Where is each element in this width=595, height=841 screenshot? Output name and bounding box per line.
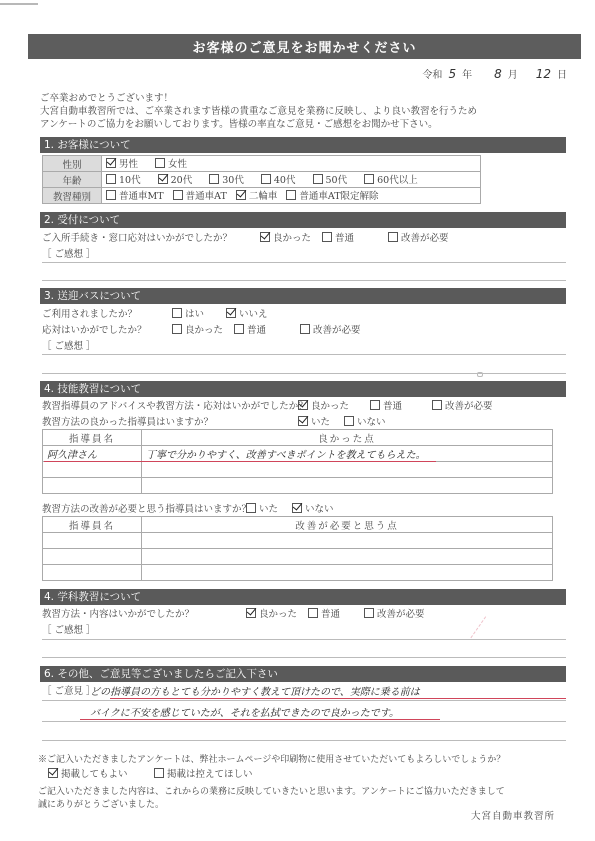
reception-improve-checkbox[interactable]: 改善が必要 [388, 230, 449, 244]
checkbox-icon [261, 174, 271, 184]
bus-comment-label: ［ ご感想 ］ [42, 337, 96, 353]
age-30s-checkbox[interactable]: 30代 [209, 172, 244, 186]
option-label: 二輪車 [249, 188, 278, 202]
publish-decline-checkbox[interactable]: 掲載は控えてほしい [154, 766, 253, 780]
checkbox-icon [344, 416, 354, 426]
option-label: 良かった [273, 230, 311, 244]
course-type-label: 教習種別 [43, 188, 102, 204]
classroom-question: 教習方法・内容はいかがでしたか？ [42, 606, 246, 620]
publish-question: ※ご記入いただきましたアンケートは、弊社ホームページや印刷物に使用させていただい… [38, 750, 505, 766]
red-underline [44, 461, 436, 462]
date-month[interactable]: 8 [494, 67, 502, 81]
month-unit: 月 [508, 66, 518, 81]
bus-no-checkbox[interactable]: いいえ [226, 306, 268, 320]
date-year[interactable]: 5 [448, 67, 456, 81]
option-label: 普通 [321, 606, 340, 620]
date-day[interactable]: 12 [536, 67, 551, 81]
scan-speck [477, 372, 483, 377]
option-label: 男性 [119, 156, 138, 170]
good-points-cell[interactable] [142, 462, 553, 478]
checkbox-icon [172, 308, 182, 318]
date-row: 令和 5 年 8 月 12 日 [422, 66, 567, 81]
course-mt-checkbox[interactable]: 普通車MT [106, 188, 164, 202]
reception-normal-checkbox[interactable]: 普通 [322, 230, 388, 244]
bus-comment-line-1[interactable] [42, 354, 566, 355]
checkbox-icon [300, 324, 310, 334]
other-comment-rule-1 [42, 700, 566, 701]
gender-label: 性別 [43, 156, 102, 172]
option-label: 改善が必要 [401, 230, 449, 244]
option-label: 改善が必要 [445, 398, 493, 412]
instructor-name-cell[interactable]: 阿久津さん [43, 446, 142, 462]
option-label: いた [311, 414, 330, 428]
improve-instructor-row: 教習方法の改善が必要と思う指導員はいますか？ いた いない [42, 500, 334, 516]
section-header-shuttle-bus: 3. 送迎バスについて [40, 288, 566, 304]
intro-line-1: ご卒業おめでとうございます！ [40, 92, 580, 105]
reception-comment-line-1[interactable] [42, 262, 566, 263]
scan-artifact [0, 3, 38, 5]
page-title: お客様のご意見をお聞かせください [28, 34, 581, 59]
classroom-improve-checkbox[interactable]: 改善が必要 [364, 606, 425, 620]
other-comment-label: ［ ご意見 ］ [42, 683, 90, 697]
checkbox-icon [286, 190, 296, 200]
checkbox-icon [234, 324, 244, 334]
option-label: 良かった [185, 322, 223, 336]
improve-points-cell[interactable] [142, 565, 553, 581]
day-unit: 日 [557, 66, 567, 81]
table-row [43, 565, 553, 581]
option-label: いいえ [239, 306, 268, 320]
checkbox-icon [308, 608, 318, 618]
instructor-name-cell[interactable] [43, 549, 142, 565]
col-header-improve-points: 改善が必要と思う点 [142, 517, 553, 533]
checkbox-checked-icon [298, 400, 308, 410]
checkbox-icon [106, 190, 116, 200]
option-label: 20代 [171, 172, 193, 186]
option-label: 普通 [383, 398, 402, 412]
good-instructor-question: 教習方法の良かった指導員はいますか？ [42, 414, 298, 428]
reception-good-checkbox[interactable]: 良かった [260, 230, 322, 244]
checkbox-checked-icon [106, 158, 116, 168]
course-motorcycle-checkbox[interactable]: 二輪車 [236, 188, 278, 202]
gender-female-checkbox[interactable]: 女性 [155, 156, 187, 170]
improve-instructor-yes-checkbox[interactable]: いた [246, 501, 292, 515]
instructor-advice-question: 教習指導員のアドバイスや教習方法・応対はいかがでしたか？ [42, 398, 298, 412]
bus-good-checkbox[interactable]: 良かった [172, 322, 234, 336]
other-comment-rule-3 [42, 740, 566, 741]
option-label: 10代 [119, 172, 141, 186]
option-label: 改善が必要 [313, 322, 361, 336]
col-header-instructor-name: 指導員名 [43, 517, 142, 533]
checkbox-icon [106, 174, 116, 184]
instructor-advice-row: 教習指導員のアドバイスや教習方法・応対はいかがでしたか？ 良かった 普通 改善が… [42, 397, 493, 413]
good-points-cell[interactable] [142, 478, 553, 494]
age-40s-checkbox[interactable]: 40代 [261, 172, 296, 186]
col-header-good-points: 良かった点 [142, 430, 553, 446]
option-label: はい [185, 306, 204, 320]
option-label: 30代 [222, 172, 244, 186]
improve-points-cell[interactable] [142, 549, 553, 565]
era-label: 令和 [422, 66, 442, 81]
classroom-normal-checkbox[interactable]: 普通 [308, 606, 364, 620]
school-signature: 大宮自動車教習所 [471, 808, 555, 822]
option-label: 改善が必要 [377, 606, 425, 620]
checkbox-icon [364, 608, 374, 618]
closing-line-1: ご記入いただきました内容は、これからの業務に反映していきたいと思います。アンケー… [38, 786, 578, 799]
section-header-customer: 1. お客様について [40, 137, 566, 153]
gender-male-checkbox[interactable]: 男性 [106, 156, 138, 170]
instructor-name-cell[interactable] [43, 533, 142, 549]
section-header-classroom-lessons: 4. 学科教習について [40, 589, 566, 605]
checkbox-icon [322, 232, 332, 242]
checkbox-icon [154, 768, 164, 778]
bus-yes-checkbox[interactable]: はい [172, 306, 226, 320]
age-50s-checkbox[interactable]: 50代 [313, 172, 348, 186]
checkbox-icon [173, 190, 183, 200]
option-label: いない [357, 414, 386, 428]
option-label: 普通 [335, 230, 354, 244]
table-row [43, 462, 553, 478]
course-at-unlock-checkbox[interactable]: 普通車AT限定解除 [286, 188, 378, 202]
classroom-comment-line-2[interactable] [42, 657, 566, 658]
checkbox-icon [172, 324, 182, 334]
improve-points-cell[interactable] [142, 533, 553, 549]
classroom-comment-label: ［ ご感想 ］ [42, 621, 96, 637]
reception-comment-label: ［ ご感想 ］ [42, 245, 96, 261]
reception-comment-line-2[interactable] [42, 280, 566, 281]
other-comment-rule-2 [42, 721, 566, 722]
option-label: 60代以上 [377, 172, 418, 186]
checkbox-icon [209, 174, 219, 184]
improve-instructor-table: 指導員名 改善が必要と思う点 [42, 516, 553, 581]
checkbox-checked-icon [226, 308, 236, 318]
checkbox-checked-icon [158, 174, 168, 184]
intro-line-3: アンケートのご協力をお願いしております。皆様の率直なご意見・ご感想をお聞かせ下さ… [40, 118, 580, 131]
option-label: 普通車MT [119, 188, 164, 202]
intro-text: ご卒業おめでとうございます！ 大宮自動車教習所では、ご卒業されます皆様の貴重なご… [40, 92, 580, 131]
good-instructor-no-checkbox[interactable]: いない [344, 414, 386, 428]
other-comment-row-2: バイクに不安を感じていたが、それを払拭できたので良かったです。 [90, 703, 399, 719]
other-comment-line-1[interactable]: どの指導員の方もとても分かりやすく教えて頂けたので、実際に乗る前は [90, 683, 420, 698]
good-instructor-row: 教習方法の良かった指導員はいますか？ いた いない [42, 413, 386, 429]
year-unit: 年 [462, 66, 472, 81]
publish-options-row: 掲載してもよい 掲載は控えてほしい [48, 765, 253, 781]
age-label: 年齢 [43, 172, 102, 188]
red-underline [110, 698, 566, 699]
table-row [43, 533, 553, 549]
good-instructor-yes-checkbox[interactable]: いた [298, 414, 344, 428]
checkbox-checked-icon [236, 190, 246, 200]
stray-pen-mark [470, 616, 502, 649]
bus-service-row: 応対はいかがでしたか？ 良かった 普通 改善が必要 [42, 321, 361, 337]
reception-question-row: ご入所手続き・窓口応対はいかがでしたか？ 良かった 普通 改善が必要 [42, 229, 449, 245]
good-points-cell[interactable]: 丁寧で分かりやすく、改善すべきポイントを教えてもらえた。 [142, 446, 553, 462]
option-label: いた [259, 501, 278, 515]
bus-usage-row: ご利用されましたか？ はい いいえ [42, 305, 268, 321]
checkbox-icon [246, 503, 256, 513]
option-label: 普通車AT [186, 188, 227, 202]
instructor-name-cell[interactable] [43, 565, 142, 581]
checkbox-checked-icon [48, 768, 58, 778]
checkbox-icon [370, 400, 380, 410]
option-label: 普通車AT限定解除 [299, 188, 378, 202]
option-label: 普通 [247, 322, 266, 336]
table-row [43, 549, 553, 565]
instructor-name-cell[interactable] [43, 462, 142, 478]
classroom-question-row: 教習方法・内容はいかがでしたか？ 良かった 普通 改善が必要 [42, 605, 425, 621]
instructor-name-cell[interactable] [43, 478, 142, 494]
table-row [43, 478, 553, 494]
age-20s-checkbox[interactable]: 20代 [158, 172, 193, 186]
age-10s-checkbox[interactable]: 10代 [106, 172, 141, 186]
option-label: 掲載してもよい [61, 766, 128, 780]
col-header-instructor-name: 指導員名 [43, 430, 142, 446]
instructor-good-checkbox[interactable]: 良かった [298, 398, 370, 412]
bus-usage-question: ご利用されましたか？ [42, 306, 172, 320]
course-at-checkbox[interactable]: 普通車AT [173, 188, 227, 202]
section-header-reception: 2. 受付について [40, 212, 566, 228]
publish-allow-checkbox[interactable]: 掲載してもよい [48, 766, 154, 780]
bus-improve-checkbox[interactable]: 改善が必要 [300, 322, 361, 336]
intro-line-2: 大宮自動車教習所では、ご卒業されます皆様の貴重なご意見を業務に反映し、より良い教… [40, 105, 580, 118]
option-label: 良かった [259, 606, 297, 620]
option-label: 50代 [326, 172, 348, 186]
other-comment-line-2[interactable]: バイクに不安を感じていたが、それを払拭できたので良かったです。 [90, 704, 399, 719]
improve-instructor-question: 教習方法の改善が必要と思う指導員はいますか？ [42, 501, 246, 515]
section-header-other-comments: 6. その他、ご意見等ございましたらご記入下さい [40, 666, 566, 682]
bus-service-question: 応対はいかがでしたか？ [42, 322, 172, 336]
bus-normal-checkbox[interactable]: 普通 [234, 322, 300, 336]
checkbox-checked-icon [292, 503, 302, 513]
instructor-improve-checkbox[interactable]: 改善が必要 [432, 398, 493, 412]
checkbox-checked-icon [260, 232, 270, 242]
reception-question: ご入所手続き・窓口応対はいかがでしたか？ [42, 230, 260, 244]
option-label: 良かった [311, 398, 349, 412]
section-header-driving-lessons: 4. 技能教習について [40, 381, 566, 397]
classroom-good-checkbox[interactable]: 良かった [246, 606, 308, 620]
bus-comment-line-2[interactable] [42, 373, 566, 374]
instructor-normal-checkbox[interactable]: 普通 [370, 398, 432, 412]
option-label: 40代 [274, 172, 296, 186]
improve-instructor-no-checkbox[interactable]: いない [292, 501, 334, 515]
customer-info-table: 性別 男性 女性 年齢 10代 20代 30代 40代 50代 60代以上 教習… [42, 155, 481, 204]
other-comment-row-1: ［ ご意見 ］ どの指導員の方もとても分かりやすく教えて頂けたので、実際に乗る前… [42, 682, 420, 698]
checkbox-icon [388, 232, 398, 242]
checkbox-icon [155, 158, 165, 168]
table-row: 阿久津さん 丁寧で分かりやすく、改善すべきポイントを教えてもらえた。 [43, 446, 553, 462]
checkbox-checked-icon [246, 608, 256, 618]
option-label: 女性 [168, 156, 187, 170]
checkbox-icon [432, 400, 442, 410]
checkbox-icon [313, 174, 323, 184]
checkbox-checked-icon [298, 416, 308, 426]
checkbox-icon [364, 174, 374, 184]
option-label: いない [305, 501, 334, 515]
option-label: 掲載は控えてほしい [167, 766, 253, 780]
red-underline [80, 719, 440, 720]
age-60plus-checkbox[interactable]: 60代以上 [364, 172, 418, 186]
